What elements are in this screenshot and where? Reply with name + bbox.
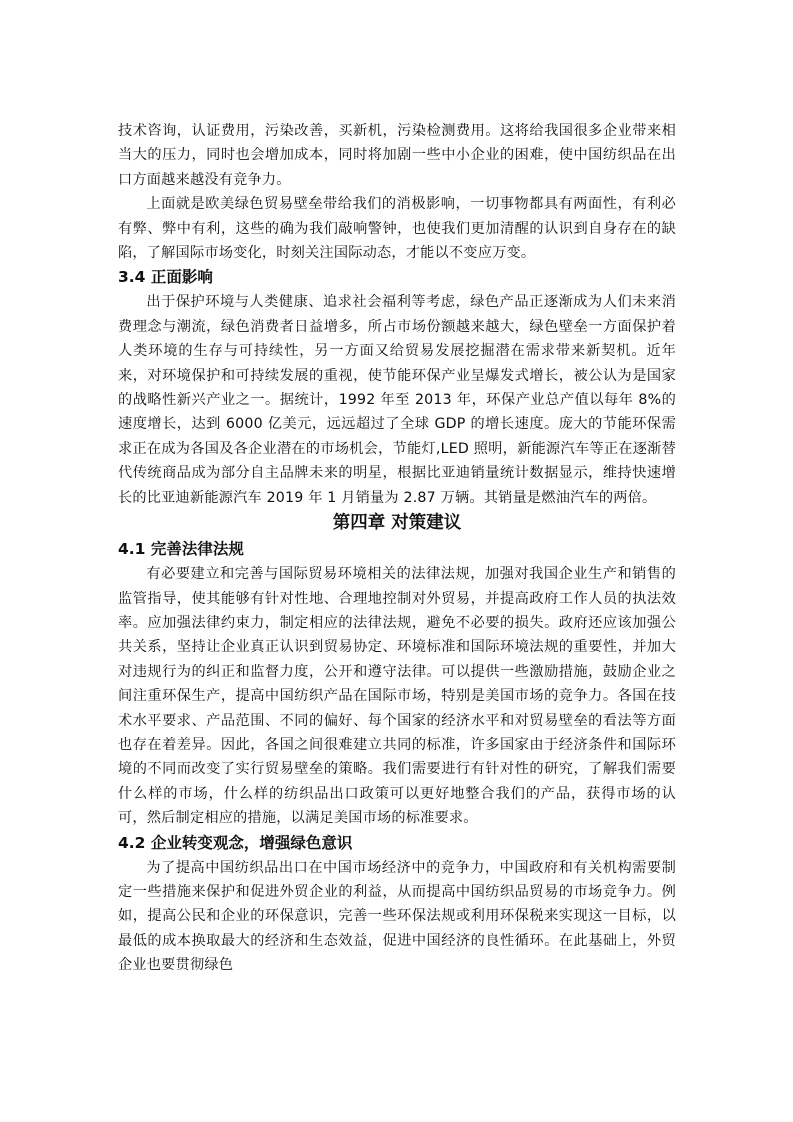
section-heading-3-4: 3.4 正面影响: [118, 265, 676, 290]
section-heading-4-1: 4.1 完善法律法规: [118, 537, 676, 562]
document-page: 技术咨询，认证费用，污染改善，买新机，污染检测费用。这将给我国很多企业带来相当大…: [118, 119, 676, 978]
paragraph-negative-impact-summary: 上面就是欧美绿色贸易壁垒带给我们的消极影响，一切事物都具有两面性，有利必有弊、弊…: [118, 192, 676, 265]
paragraph-green-awareness: 为了提高中国纺织品出口在中国市场经济中的竞争力，中国政府和有关机构需要制定一些措…: [118, 856, 676, 978]
section-heading-4-2: 4.2 企业转变观念，增强绿色意识: [118, 831, 676, 856]
paragraph-positive-impact: 出于保护环境与人类健康、追求社会福利等考虑，绿色产品正逐渐成为人们未来消费理念与…: [118, 290, 676, 510]
chapter-heading-4: 第四章 对策建议: [118, 510, 676, 537]
paragraph-legal-framework: 有必要建立和完善与国际贸易环境相关的法律法规，加强对我国企业生产和销售的监管指导…: [118, 562, 676, 830]
paragraph-continuation: 技术咨询，认证费用，污染改善，买新机，污染检测费用。这将给我国很多企业带来相当大…: [118, 119, 676, 192]
